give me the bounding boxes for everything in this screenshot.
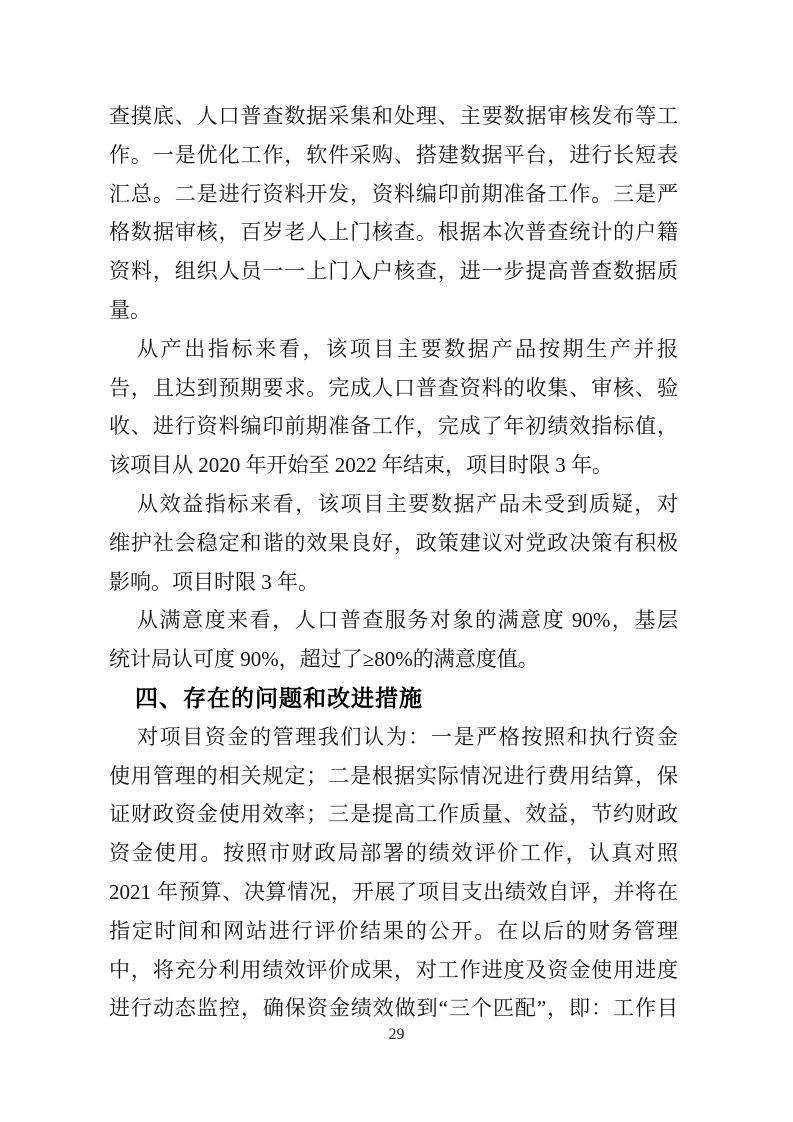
document-page: 查摸底、人口普查数据采集和处理、主要数据审核发布等工 作。一是优化工作，软件采购… [0, 0, 793, 1122]
body-line: 收、进行资料编印前期准备工作，完成了年初绩效指标值， [109, 407, 678, 446]
section-heading: 四、存在的问题和改进措施 [109, 679, 678, 718]
body-line: 使用管理的相关规定；二是根据实际情况进行费用结算，保 [109, 757, 678, 796]
body-line: 汇总。二是进行资料开发，资料编印前期准备工作。三是严 [109, 175, 678, 214]
body-line: 从效益指标来看，该项目主要数据产品未受到质疑，对 [109, 485, 678, 524]
body-line: 进行动态监控，确保资金绩效做到“三个匹配”，即：工作目 [109, 989, 678, 1028]
body-line: 维护社会稳定和谐的效果良好，政策建议对党政决策有积极 [109, 524, 678, 563]
body-line: 对项目资金的管理我们认为：一是严格按照和执行资金 [109, 718, 678, 757]
body-line: 2021 年预算、决算情况，开展了项目支出绩效自评，并将在 [109, 873, 678, 912]
body-line: 证财政资金使用效率；三是提高工作质量、效益，节约财政 [109, 795, 678, 834]
body-line: 指定时间和网站进行评价结果的公开。在以后的财务管理 [109, 912, 678, 951]
body-line: 统计局认可度 90%，超过了≥80%的满意度值。 [109, 640, 678, 679]
body-line: 作。一是优化工作，软件采购、搭建数据平台，进行长短表 [109, 136, 678, 175]
document-text-block: 查摸底、人口普查数据采集和处理、主要数据审核发布等工 作。一是优化工作，软件采购… [109, 97, 678, 1028]
body-line: 查摸底、人口普查数据采集和处理、主要数据审核发布等工 [109, 97, 678, 136]
page-number: 29 [0, 1024, 793, 1046]
body-line: 资金使用。按照市财政局部署的绩效评价工作，认真对照 [109, 834, 678, 873]
body-line: 格数据审核，百岁老人上门核查。根据本次普查统计的户籍 [109, 213, 678, 252]
body-line: 量。 [109, 291, 678, 330]
body-line: 中，将充分利用绩效评价成果，对工作进度及资金使用进度 [109, 951, 678, 990]
body-line: 影响。项目时限 3 年。 [109, 563, 678, 602]
body-line: 该项目从 2020 年开始至 2022 年结束，项目时限 3 年。 [109, 446, 678, 485]
body-line: 从产出指标来看，该项目主要数据产品按期生产并报 [109, 330, 678, 369]
body-line: 告，且达到预期要求。完成人口普查资料的收集、审核、验 [109, 369, 678, 408]
body-line: 资料，组织人员一一上门入户核查，进一步提高普查数据质 [109, 252, 678, 291]
body-line: 从满意度来看，人口普查服务对象的满意度 90%，基层 [109, 601, 678, 640]
